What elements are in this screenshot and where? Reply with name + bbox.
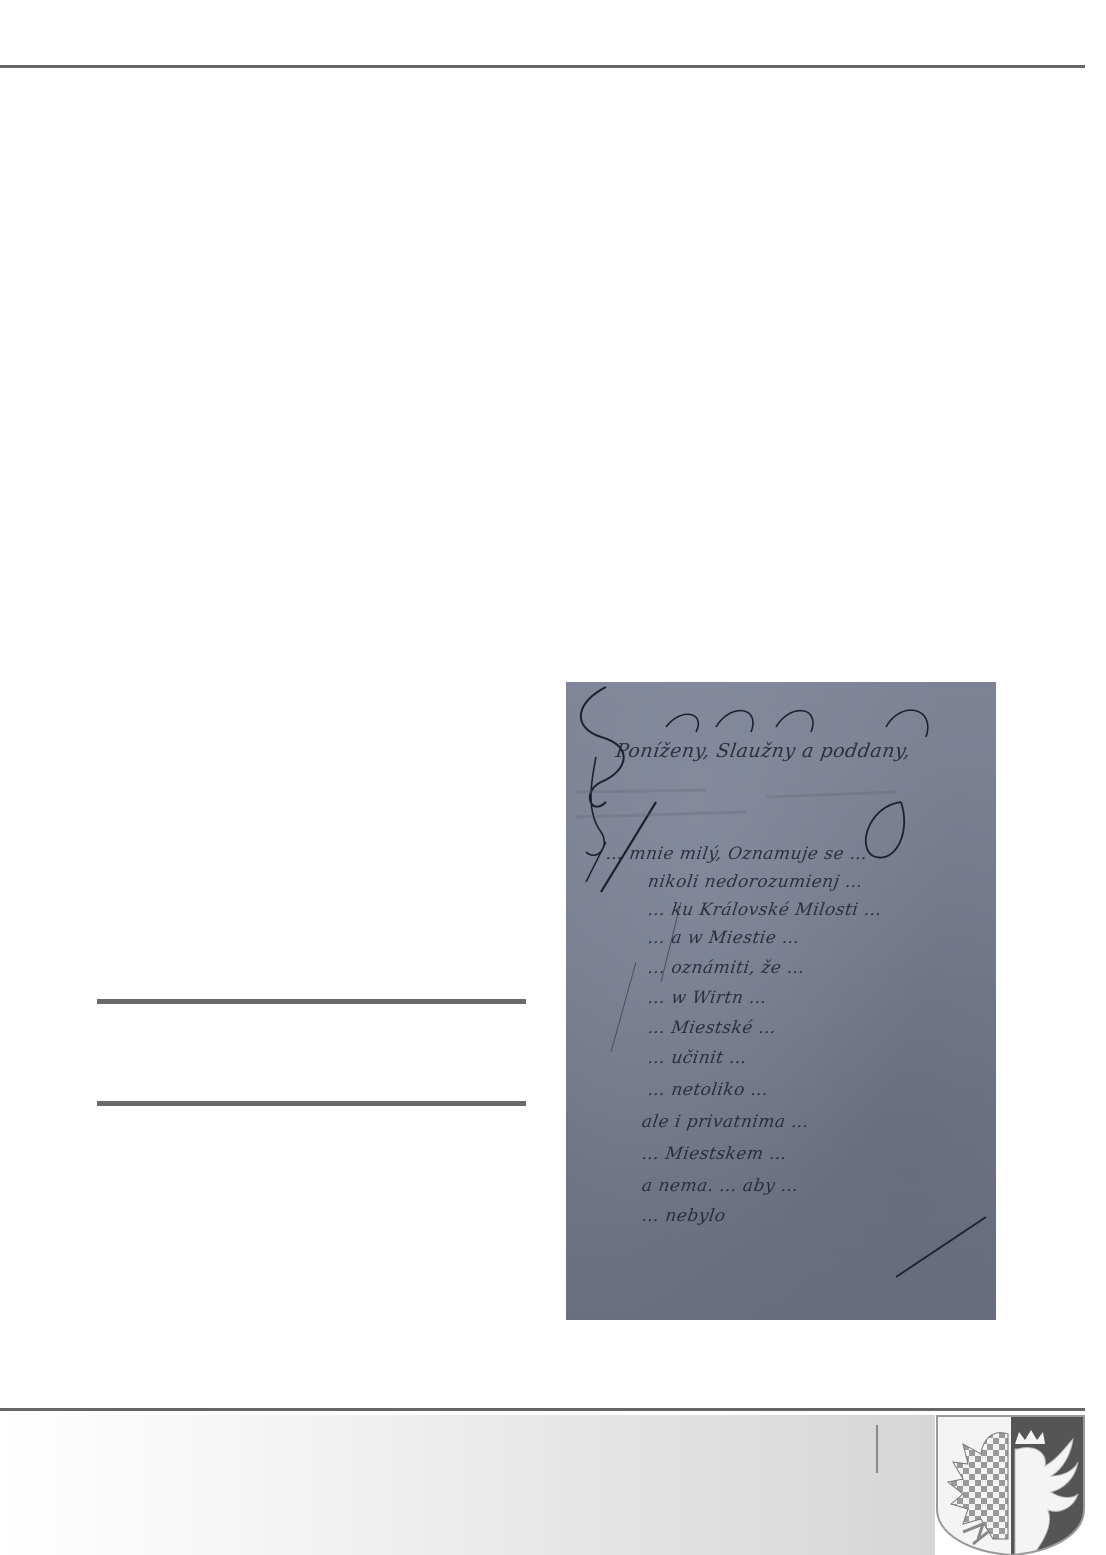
sidebar-rule-top	[97, 999, 526, 1004]
footer-rule	[0, 1408, 1085, 1411]
manuscript-line: … mnie milý, Oznamuje se …	[605, 844, 869, 864]
coat-of-arms-icon	[933, 1414, 1086, 1555]
manuscript-line: nikoli nedorozumienj …	[647, 872, 865, 892]
footer-band	[0, 1415, 935, 1555]
manuscript-line: a nema. … aby …	[641, 1176, 800, 1196]
manuscript-flourish-icon	[566, 682, 996, 1320]
manuscript-line: ale i privatnima …	[641, 1112, 811, 1132]
manuscript-line: … nebylo	[641, 1206, 727, 1226]
manuscript-line: … Miestské …	[647, 1018, 778, 1038]
sidebar-rule-bottom	[97, 1101, 526, 1106]
header-rule	[0, 65, 1085, 68]
manuscript-line: … netoliko …	[647, 1080, 770, 1100]
manuscript-line: … ku Královské Milosti …	[647, 900, 884, 920]
manuscript-line: … w Wirtn …	[647, 988, 769, 1008]
manuscript-image: Poníženy, Slaužny a poddany, … mnie milý…	[566, 682, 996, 1320]
manuscript-line: … a w Miestie …	[647, 928, 802, 948]
manuscript-line: … učinit …	[647, 1048, 749, 1068]
footer-divider	[876, 1425, 878, 1473]
manuscript-line: … oznámiti, že …	[647, 958, 807, 978]
manuscript-line: … Miestskem …	[641, 1144, 789, 1164]
manuscript-heading: Poníženy, Slaužny a poddany,	[614, 740, 911, 762]
